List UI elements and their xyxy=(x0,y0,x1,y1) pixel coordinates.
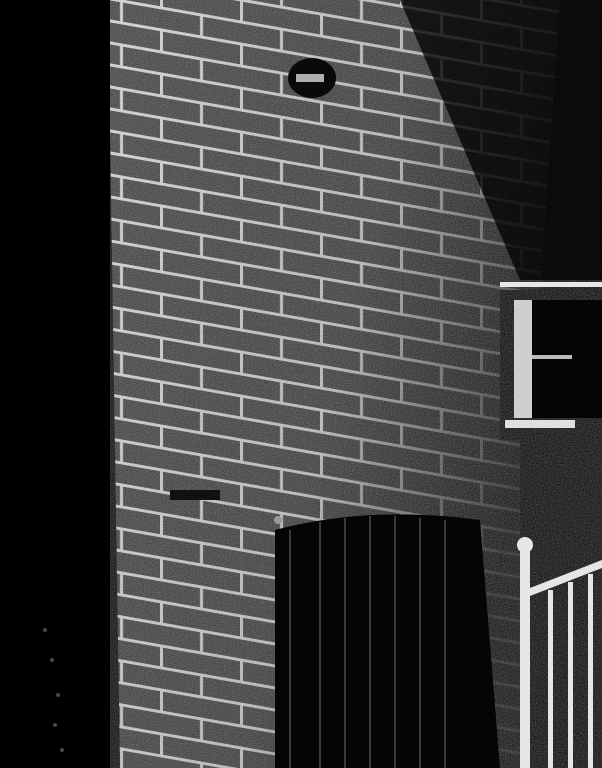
brick-wall-scene xyxy=(0,0,602,768)
photograph xyxy=(0,0,602,768)
window xyxy=(500,282,602,428)
gate xyxy=(274,514,500,768)
dark-pillar xyxy=(0,0,110,768)
